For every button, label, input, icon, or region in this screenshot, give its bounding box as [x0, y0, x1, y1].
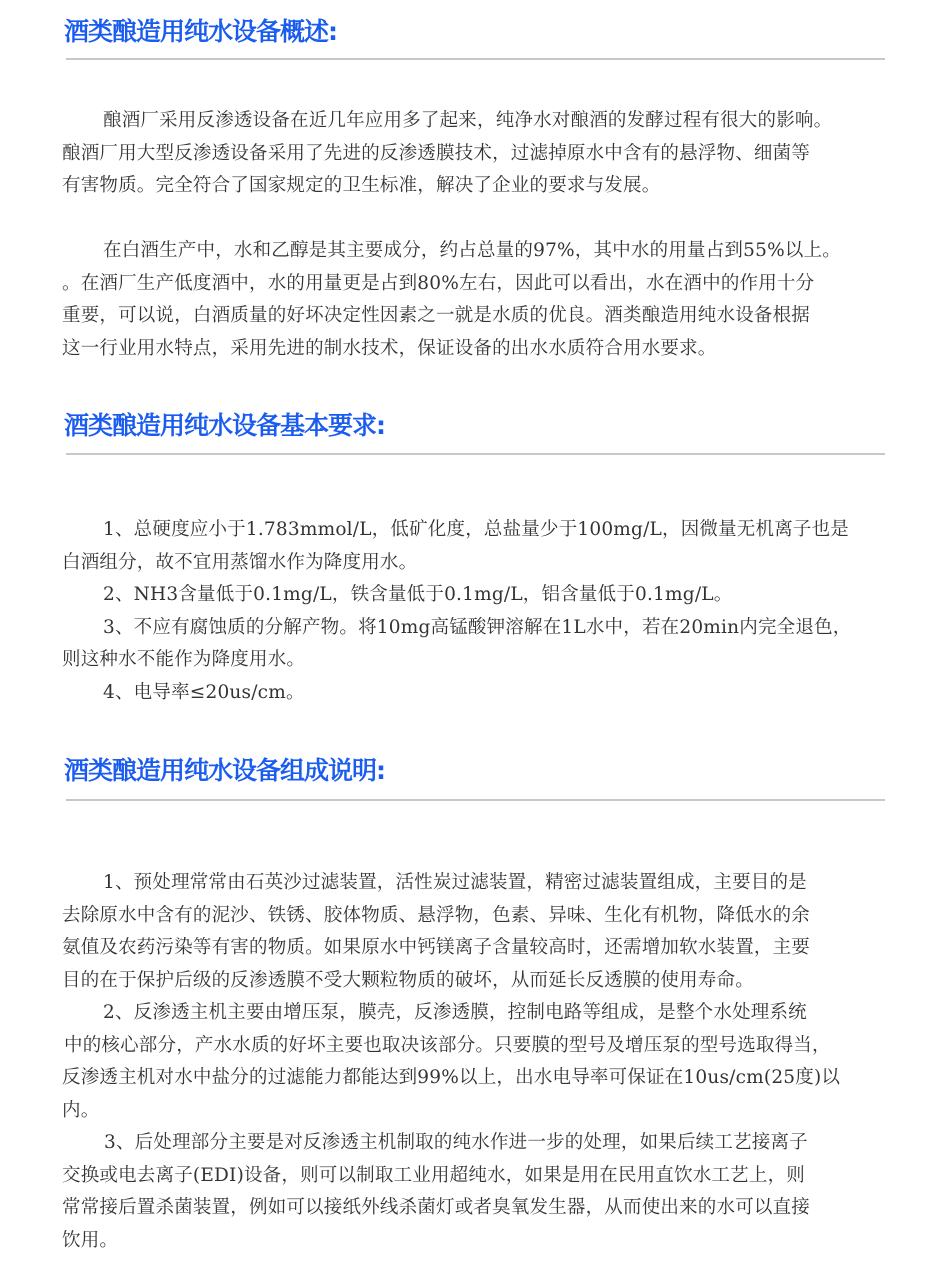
section-heading-overview: 酒类酿造用纯水设备概述:: [64, 16, 337, 48]
text-line: 重要，可以说，白酒质量的好坏决定性因素之一就是水质的优良。酒类酿造用纯水设备根据: [62, 300, 934, 333]
text-line: 酿酒厂用大型反渗透设备采用了先进的反渗透膜技术，过滤掉原水中含有的悬浮物、细菌等: [62, 138, 934, 171]
text-line: 常常接后置杀菌装置，例如可以接纸外线杀菌灯或者臭氧发生器，从而使出来的水可以直接: [62, 1192, 934, 1225]
section-divider: [66, 453, 885, 455]
section-divider: [66, 58, 885, 60]
text-line: 这一行业用水特点，采用先进的制水技术，保证设备的出水水质符合用水要求。: [62, 333, 934, 366]
text-line: 有害物质。完全符合了国家规定的卫生标准，解决了企业的要求与发展。: [62, 170, 934, 203]
composition-item-3: 3、后处理部分主要是对反渗透主机制取的纯水作进一步的处理，如果后续工艺接离子: [62, 1127, 934, 1160]
section-divider: [66, 799, 885, 801]
text-line: 内。: [62, 1095, 934, 1128]
text-line: 中的核心部分，产水水质的好坏主要也取决该部分。只要膜的型号及增压泵的型号选取得当…: [62, 1030, 934, 1063]
requirement-item-3: 3、不应有腐蚀质的分解产物。将10mg高锰酸钾溶解在1L水中，若在20min内完…: [62, 612, 934, 645]
requirements-list: 1、总硬度应小于1.783mmol/L，低矿化度，总盐量少于100mg/L，因微…: [62, 514, 934, 709]
section-heading-composition: 酒类酿造用纯水设备组成说明:: [64, 755, 385, 787]
overview-paragraph-2: 在白酒生产中，水和乙醇是其主要成分，约占总量的97%，其中水的用量占到55%以上…: [62, 235, 934, 365]
text-line: 酿酒厂采用反渗透设备在近几年应用多了起来，纯净水对酿酒的发酵过程有很大的影响。: [62, 105, 934, 138]
text-line: 反渗透主机对水中盐分的过滤能力都能达到99%以上，出水电导率可保证在10us/c…: [62, 1062, 934, 1095]
composition-list: 1、预处理常常由石英沙过滤装置，活性炭过滤装置，精密过滤装置组成，主要目的是 去…: [62, 867, 934, 1257]
text-line: 白酒组分，故不宜用蒸馏水作为降度用水。: [62, 547, 934, 580]
section-heading-requirements: 酒类酿造用纯水设备基本要求:: [64, 410, 385, 442]
text-line: 去除原水中含有的泥沙、铁锈、胶体物质、悬浮物，色素、异味、生化有机物，降低水的余: [62, 900, 934, 933]
text-line: 则这种水不能作为降度用水。: [62, 644, 934, 677]
composition-item-1: 1、预处理常常由石英沙过滤装置，活性炭过滤装置，精密过滤装置组成，主要目的是: [62, 867, 934, 900]
text-line: 交换或电去离子(EDI)设备，则可以制取工业用超纯水，如果是用在民用直饮水工艺上…: [62, 1160, 934, 1193]
overview-paragraph-1: 酿酒厂采用反渗透设备在近几年应用多了起来，纯净水对酿酒的发酵过程有很大的影响。 …: [62, 105, 934, 203]
requirement-item-4: 4、电导率≤20us/cm。: [62, 677, 934, 710]
text-line: 。在酒厂生产低度酒中，水的用量更是占到80%左右，因此可以看出，水在酒中的作用十…: [62, 268, 934, 301]
composition-item-2: 2、反渗透主机主要由增压泵，膜壳，反渗透膜，控制电路等组成，是整个水处理系统: [62, 997, 934, 1030]
text-line: 氨值及农药污染等有害的物质。如果原水中钙镁离子含量较高时，还需增加软水装置，主要: [62, 932, 934, 965]
text-line: 饮用。: [62, 1225, 934, 1258]
text-line: 目的在于保护后级的反渗透膜不受大颗粒物质的破坏，从而延长反透膜的使用寿命。: [62, 965, 934, 998]
requirement-item-1: 1、总硬度应小于1.783mmol/L，低矿化度，总盐量少于100mg/L，因微…: [62, 514, 934, 547]
text-line: 在白酒生产中，水和乙醇是其主要成分，约占总量的97%，其中水的用量占到55%以上…: [62, 235, 934, 268]
requirement-item-2: 2、NH3含量低于0.1mg/L，铁含量低于0.1mg/L，铝含量低于0.1mg…: [62, 579, 934, 612]
